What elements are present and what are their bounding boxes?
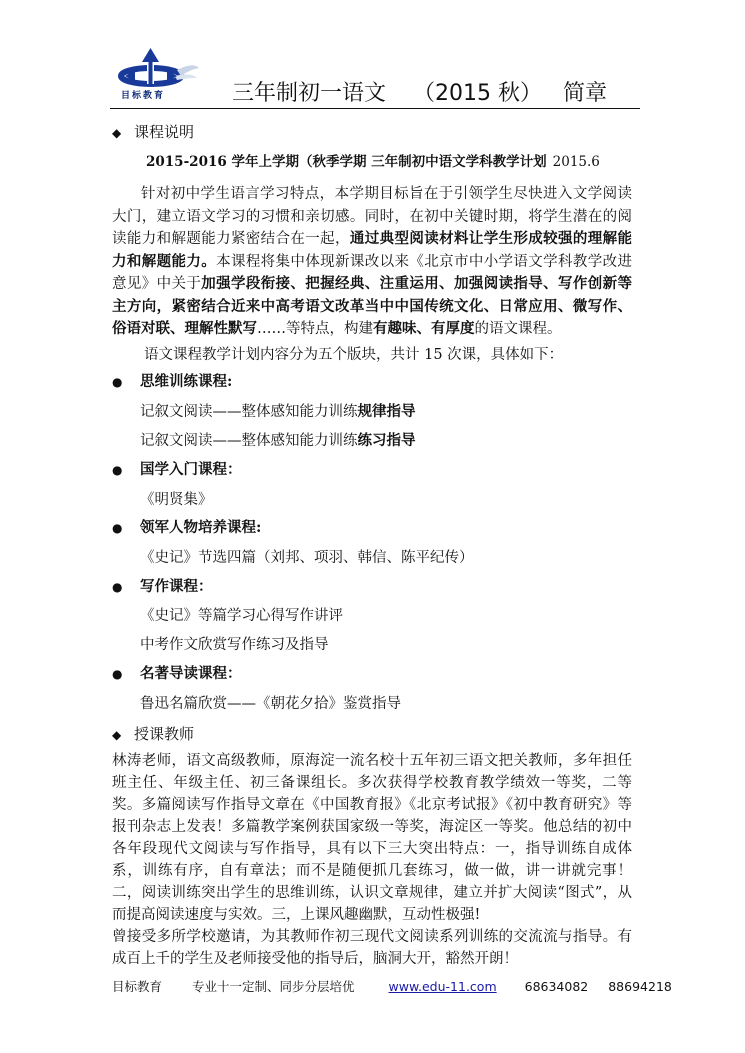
module-item-bold: 练习指导 [358,432,416,449]
title-term: （2015 秋） [413,76,542,107]
section-heading-text: 课程说明 [134,123,194,141]
course-intro: 针对初中学生语言学习特点，本学期目标旨在于引领学生尽快进入文学阅读大门，建立语文… [112,183,632,341]
module-item-text: 记叙文阅读——整体感知能力训练 [140,404,358,420]
title-suffix: 简章 [563,76,607,107]
logo: 目标教育 [115,48,200,104]
plan-date: 2015.6 [553,154,600,170]
module-heading: ●思维训练课程: [112,370,232,391]
module-item-text: 记叙文阅读——整体感知能力训练 [140,433,358,449]
intro-bold: 有趣味、有厚度 [373,320,475,337]
module-heading: ●写作课程： [112,575,213,596]
course-summary: 语文课程教学计划内容分为五个版块，共计 15 次课，具体如下： [144,343,563,364]
module-item: 《明贤集》 [140,488,213,509]
module-heading: ●国学入门课程： [112,458,242,479]
module-item-bold: 规律指导 [358,403,416,420]
footer-slogan: 专业十一定制、同步分层培优 [192,977,355,995]
section-heading-course: ◆课程说明 [112,121,194,142]
plan-title: 2015-2016 学年上学期（秋季学期 三年制初中语文学科教学计划2015.6 [146,150,600,170]
intro-text: 的语文课程。 [475,321,562,337]
module-item: 《史记》等篇学习心得写作讲评 [140,604,343,625]
module-item: 记叙文阅读——整体感知能力训练练习指导 [140,429,416,450]
module-item: 记叙文阅读——整体感知能力训练规律指导 [140,400,416,421]
teacher-bio-extra: 曾接受多所学校邀请，为其教师作初三现代文阅读系列训练的交流流与指导。有成百上千的… [112,926,632,970]
module-title: 写作课程： [140,578,213,595]
module-title: 国学入门课程： [140,461,242,478]
header-divider [110,108,640,109]
module-item: 鲁迅名篇欣赏——《朝花夕拾》鉴赏指导 [140,692,401,713]
section-heading-text: 授课教师 [134,725,194,743]
footer-phone-1: 68634082 [525,979,589,994]
module-item: 《史记》节选四篇（刘邦、项羽、韩信、陈平纪传） [140,546,474,567]
title-main: 三年制初一语文 [232,76,386,107]
footer-website-link[interactable]: www.edu-11.com [389,979,497,994]
circle-bullet-icon: ● [112,521,140,535]
module-title: 名著导读课程： [140,665,242,682]
module-heading: ●名著导读课程： [112,662,242,683]
page-title: 三年制初一语文 （2015 秋） 简章 [232,76,607,107]
logo-arrow-icon [115,48,200,90]
module-item: 中考作文欣赏写作练习及指导 [140,633,329,654]
diamond-bullet-icon: ◆ [112,126,134,140]
footer: 目标教育 专业十一定制、同步分层培优 www.edu-11.com 686340… [112,977,672,995]
module-title: 思维训练课程: [140,373,232,390]
circle-bullet-icon: ● [112,463,140,477]
module-heading: ●领军人物培养课程: [112,516,261,537]
teacher-bio: 林涛老师，语文高级教师，原海淀一流名校十五年初三语文把关教师，多年担任班主任、年… [112,750,632,926]
logo-text: 目标教育 [121,88,165,101]
diamond-bullet-icon: ◆ [112,728,134,742]
circle-bullet-icon: ● [112,375,140,389]
footer-org: 目标教育 [112,977,162,995]
plan-title-text: 2015-2016 学年上学期（秋季学期 三年制初中语文学科教学计划 [146,154,547,170]
footer-phone-2: 88694218 [608,979,672,994]
circle-bullet-icon: ● [112,580,140,594]
circle-bullet-icon: ● [112,667,140,681]
intro-text: ……等特点，构建 [257,321,373,337]
section-heading-teacher: ◆授课教师 [112,723,194,744]
module-title: 领军人物培养课程: [140,519,261,536]
